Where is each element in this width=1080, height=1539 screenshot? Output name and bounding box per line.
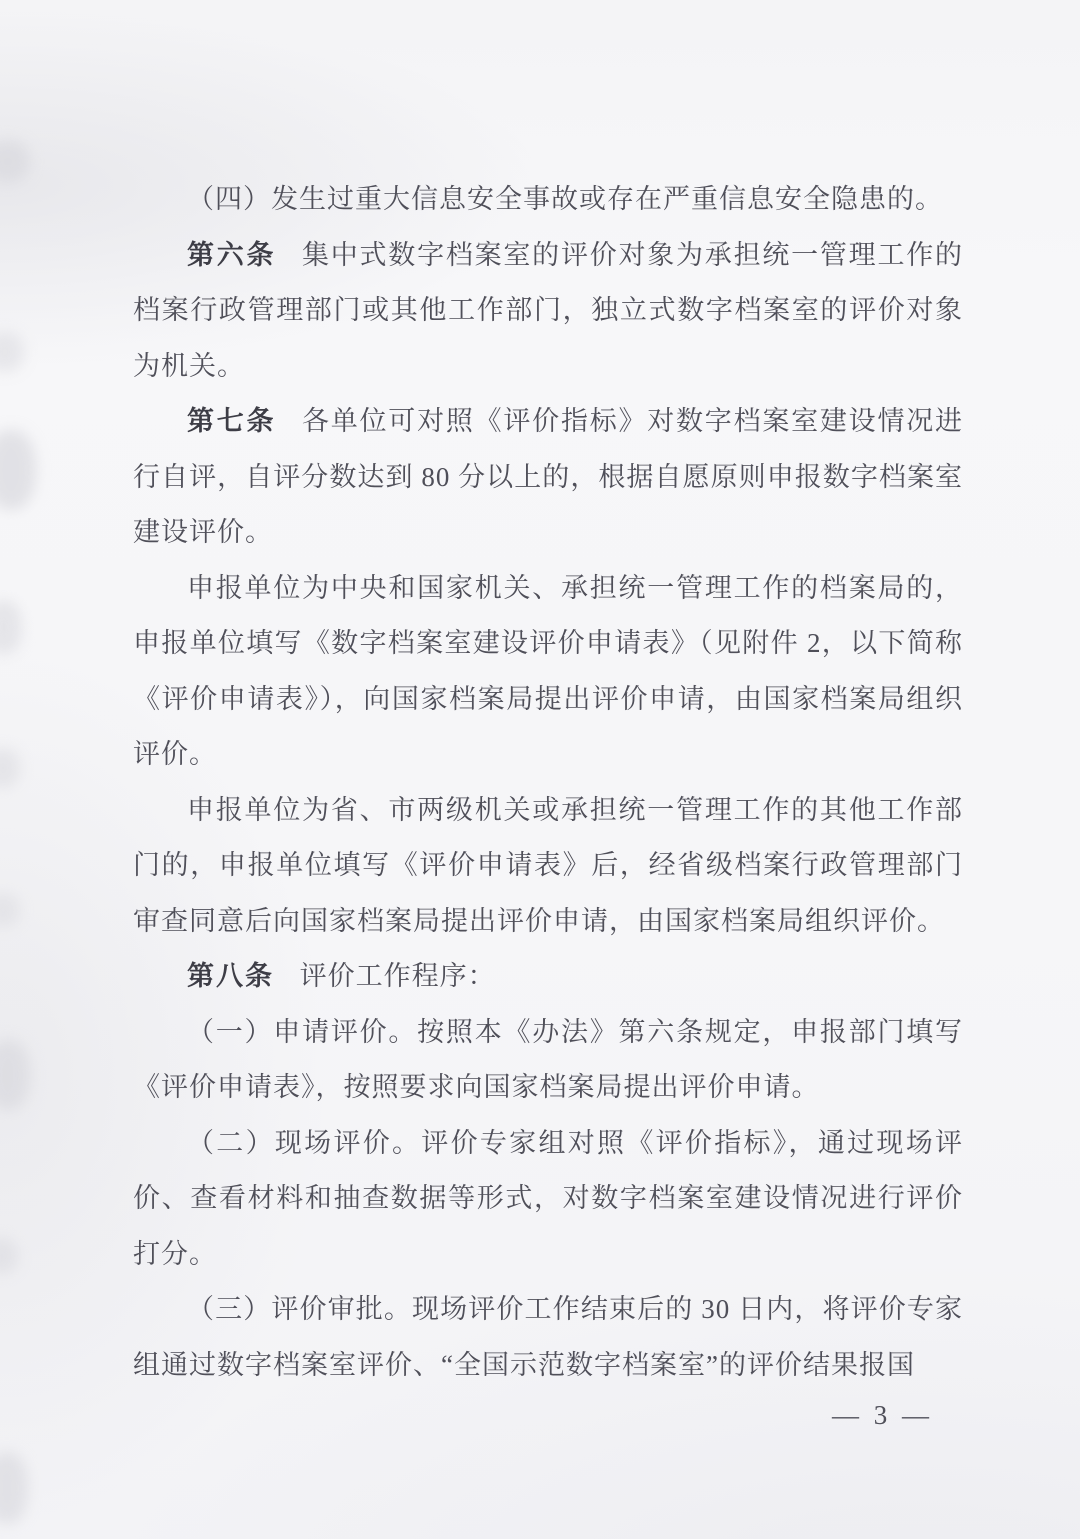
paragraph-text: （二）现场评价。评价专家组对照《评价指标》，通过现场评价、查看材料和抽查数据等形… <box>133 1128 963 1269</box>
scan-smudge <box>0 600 22 654</box>
procedure-step-two: （二）现场评价。评价专家组对照《评价指标》，通过现场评价、查看材料和抽查数据等形… <box>133 1116 963 1283</box>
article-number: 第六条 <box>187 240 276 270</box>
scan-smudge <box>0 1238 18 1274</box>
paragraph-text: 评价工作程序： <box>300 961 496 991</box>
paragraph-text: （四）发生过重大信息安全事故或存在严重信息安全隐患的。 <box>187 184 943 214</box>
procedure-step-one: （一）申请评价。按照本《办法》第六条规定，申报部门填写《评价申请表》，按照要求向… <box>133 1005 963 1116</box>
subitem-four: （四）发生过重大信息安全事故或存在严重信息安全隐患的。 <box>133 172 963 228</box>
article-six: 第六条集中式数字档案室的评价对象为承担统一管理工作的档案行政管理部门或其他工作部… <box>133 228 963 395</box>
article-number: 第七条 <box>187 406 276 436</box>
scan-smudge <box>0 140 30 182</box>
article-seven: 第七条各单位可对照《评价指标》对数字档案室建设情况进行自评，自评分数达到 80 … <box>133 394 963 561</box>
scan-smudge <box>0 893 20 927</box>
scan-smudge <box>0 430 36 510</box>
paragraph-application-provincial: 申报单位为省、市两级机关或承担统一管理工作的其他工作部门的，申报单位填写《评价申… <box>133 783 963 950</box>
paragraph-application-central: 申报单位为中央和国家机关、承担统一管理工作的档案局的，申报单位填写《数字档案室建… <box>133 561 963 783</box>
article-number: 第八条 <box>187 961 274 991</box>
scan-smudge <box>0 1452 28 1524</box>
scan-smudge <box>0 332 24 372</box>
paragraph-text: 申报单位为省、市两级机关或承担统一管理工作的其他工作部门的，申报单位填写《评价申… <box>133 795 963 936</box>
paragraph-text: 申报单位为中央和国家机关、承担统一管理工作的档案局的，申报单位填写《数字档案室建… <box>133 573 963 770</box>
paragraph-text: （一）申请评价。按照本《办法》第六条规定，申报部门填写《评价申请表》，按照要求向… <box>133 1017 963 1103</box>
article-eight: 第八条评价工作程序： <box>133 949 963 1005</box>
scan-smudge <box>0 1040 30 1110</box>
document-page: （四）发生过重大信息安全事故或存在严重信息安全隐患的。 第六条集中式数字档案室的… <box>0 0 1080 1539</box>
document-body: （四）发生过重大信息安全事故或存在严重信息安全隐患的。 第六条集中式数字档案室的… <box>133 172 963 1393</box>
procedure-step-three: （三）评价审批。现场评价工作结束后的 30 日内，将评价专家组通过数字档案室评价… <box>133 1282 963 1393</box>
page-number: — 3 — <box>832 1390 933 1440</box>
scan-smudge <box>0 748 20 788</box>
paragraph-text: （三）评价审批。现场评价工作结束后的 30 日内，将评价专家组通过数字档案室评价… <box>133 1294 963 1380</box>
